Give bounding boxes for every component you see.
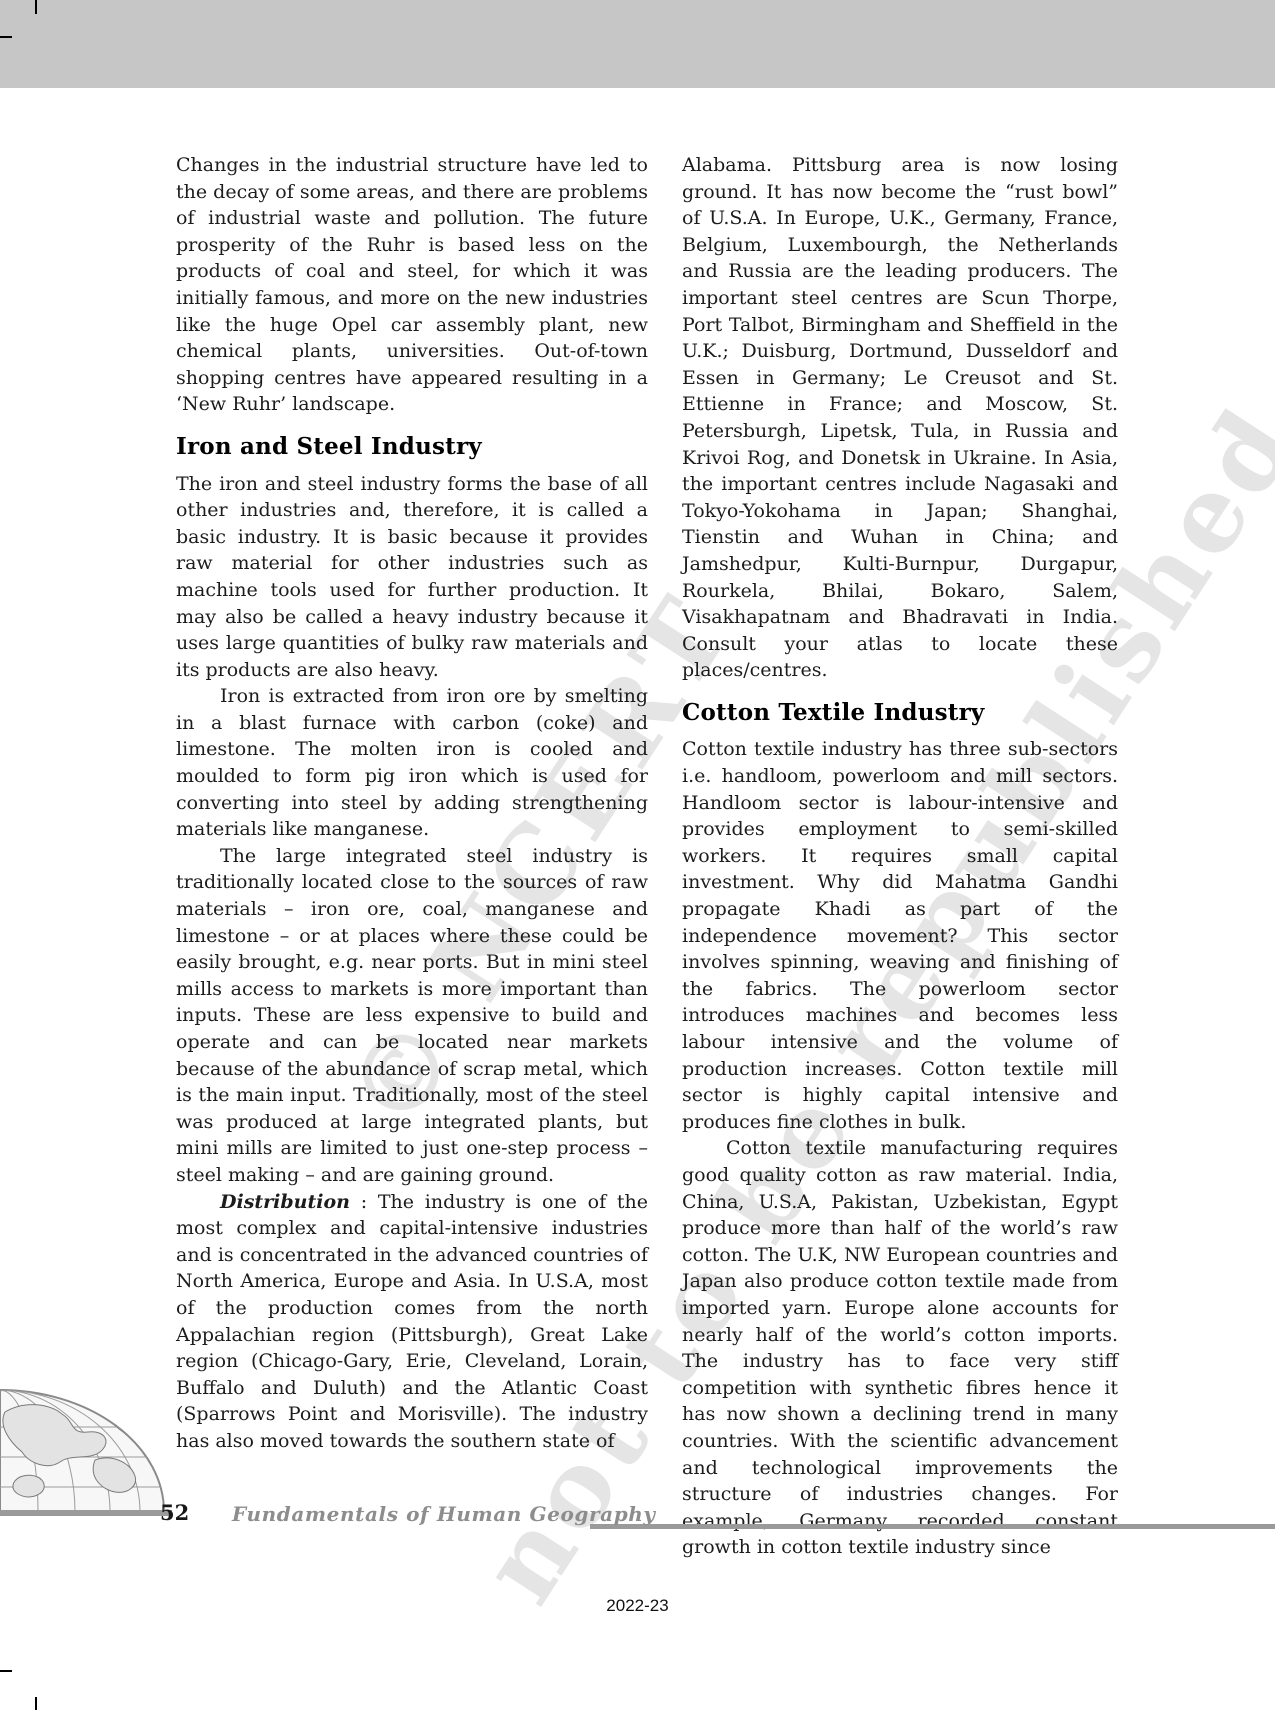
left-text-column: Changes in the industrial structure have… — [176, 152, 648, 1455]
crop-mark-bottom-vertical — [35, 1697, 37, 1710]
paragraph-ruhr-changes: Changes in the industrial structure have… — [176, 152, 648, 418]
globe-baseline-bar — [0, 1510, 172, 1516]
crop-mark-top-vertical — [35, 0, 37, 14]
edition-year: 2022-23 — [0, 1596, 1275, 1616]
footer-book-title: Fundamentals of Human Geography — [232, 1502, 656, 1526]
paragraph-distribution-text: : The industry is one of the most comple… — [176, 1191, 648, 1452]
right-text-column: Alabama. Pittsburg area is now losing gr… — [682, 152, 1118, 1561]
footer-rule — [590, 1524, 1275, 1529]
paragraph-cotton-sectors: Cotton textile industry has three sub-se… — [682, 736, 1118, 1135]
paragraph-steel-location: The large integrated steel industry is t… — [176, 843, 648, 1189]
paragraph-iron-extraction: Iron is extracted from iron ore by smelt… — [176, 683, 648, 843]
paragraph-distribution: Distribution : The industry is one of th… — [176, 1189, 648, 1455]
paragraph-cotton-manufacturing: Cotton textile manufacturing requires go… — [682, 1135, 1118, 1561]
paragraph-basic-industry: The iron and steel industry forms the ba… — [176, 471, 648, 684]
crop-mark-bottom-horizontal — [0, 1670, 12, 1672]
page-number: 52 — [160, 1500, 189, 1525]
globe-map-illustration — [0, 1382, 172, 1512]
textbook-page: © NCERT not to be republished Changes in… — [0, 0, 1275, 1710]
crop-mark-top-horizontal — [0, 36, 12, 38]
heading-iron-and-steel-industry: Iron and Steel Industry — [176, 434, 648, 461]
distribution-lead-label: Distribution — [220, 1191, 350, 1213]
paragraph-steel-centres: Alabama. Pittsburg area is now losing gr… — [682, 152, 1118, 684]
page-top-margin-band — [0, 0, 1275, 88]
heading-cotton-textile-industry: Cotton Textile Industry — [682, 700, 1118, 727]
